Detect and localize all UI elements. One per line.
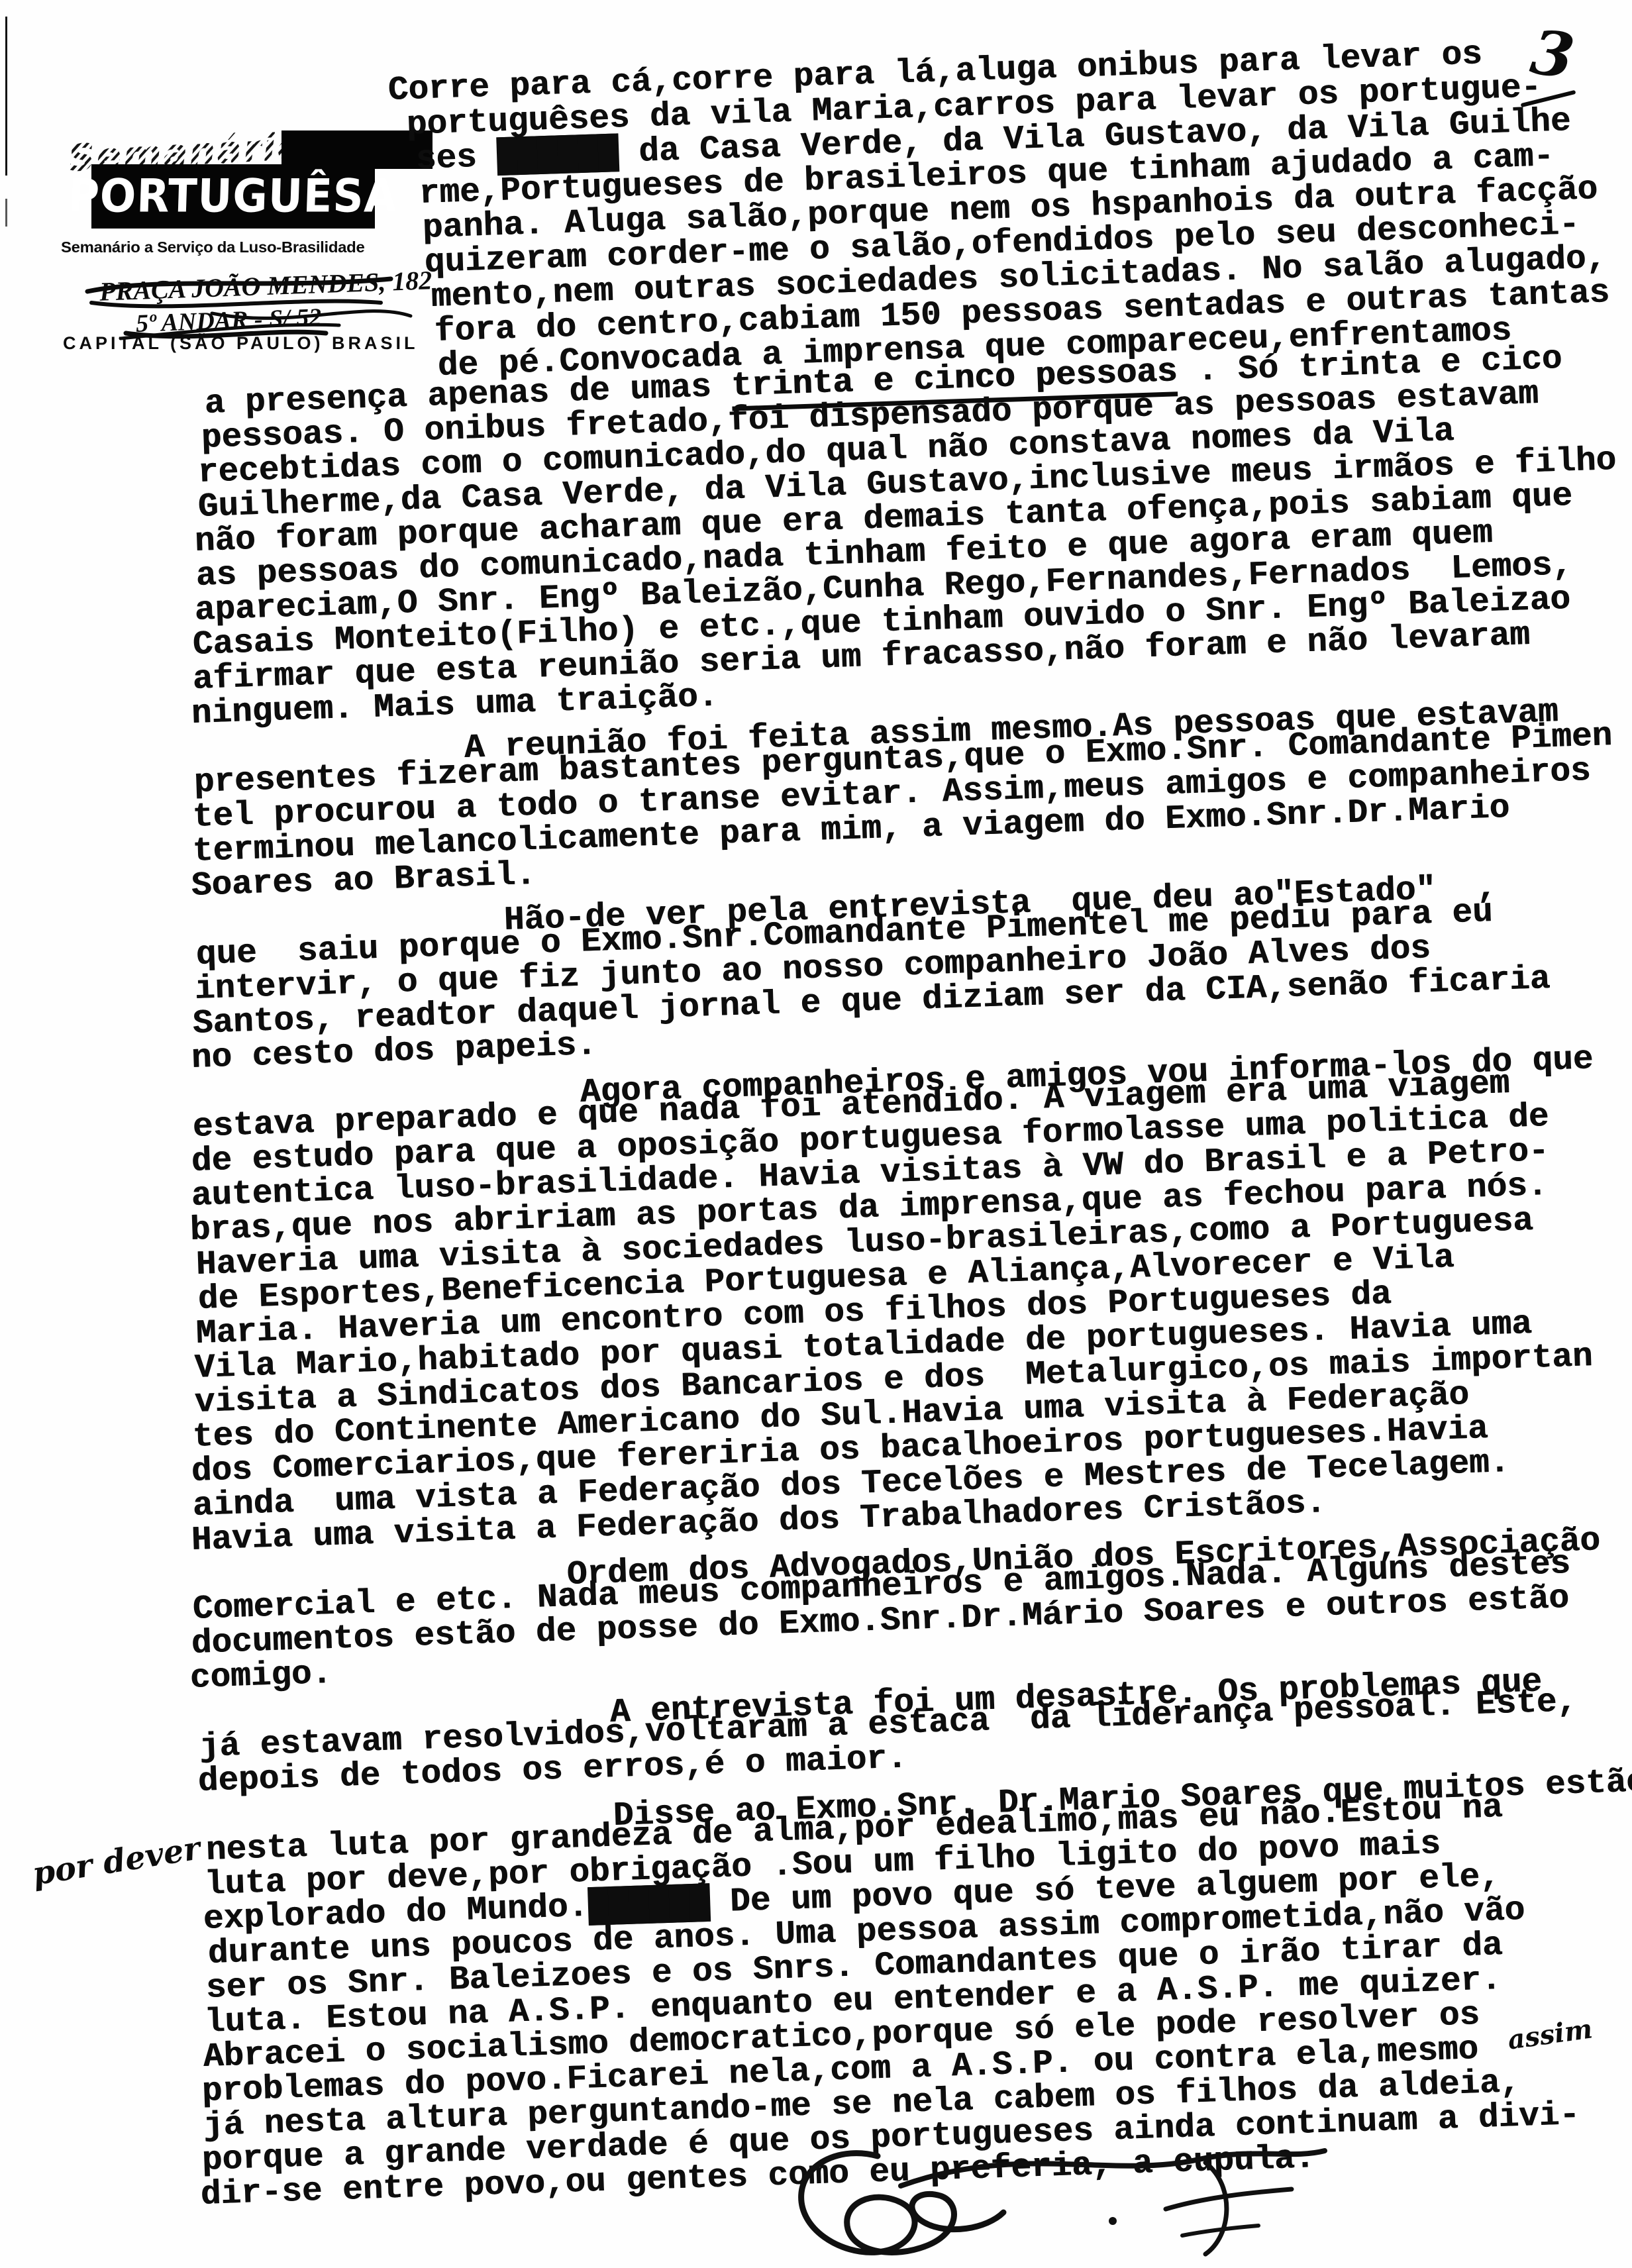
document-page: Semanário PORTUGUÊSA Semanário a Serviço…	[0, 0, 1632, 2268]
left-margin-mark	[5, 17, 7, 176]
left-margin-mark-2	[5, 199, 7, 227]
signature-flourish	[742, 2123, 1338, 2268]
masthead-title: PORTUGUÊSA	[68, 170, 399, 223]
typed-line: comigo.	[189, 1657, 332, 1696]
margin-note-assim: assim	[1505, 2013, 1594, 2055]
masthead-tagline: Semanário a Serviço da Luso-Brasilidade	[61, 238, 364, 256]
margin-note-por-dever: por dever	[30, 1830, 203, 1892]
masthead-address-line3: CAPITAL (SÃO PAULO) BRASIL	[63, 333, 419, 354]
masthead-banner: PORTUGUÊSA	[91, 164, 375, 229]
